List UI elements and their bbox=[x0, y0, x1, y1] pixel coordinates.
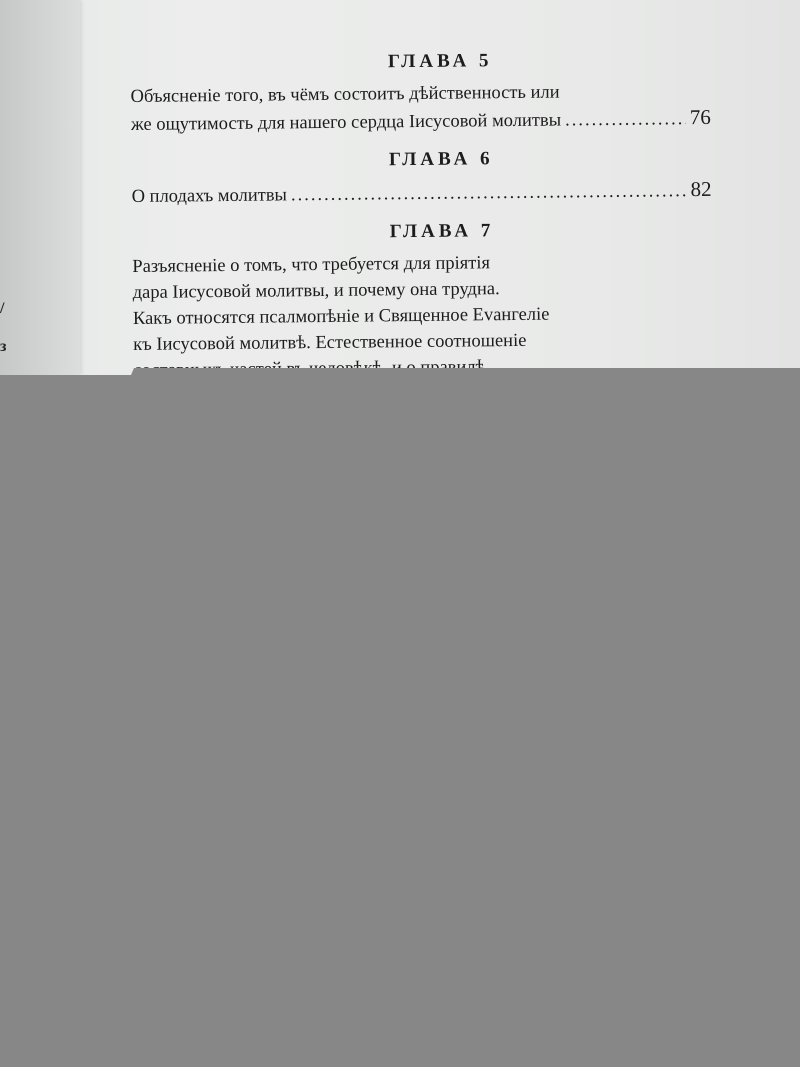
chapter-heading-7: ГЛАВА 7 bbox=[132, 218, 712, 246]
toc-entry-line: О плодахъ молитвы 82 bbox=[131, 176, 711, 210]
left-page-edge: / з bbox=[0, 0, 80, 375]
toc-entry: Объясненіе того, въ чёмъ состоитъ дѣйств… bbox=[130, 78, 711, 138]
toc-entry-text: О плодахъ молитвы bbox=[132, 182, 288, 210]
book-photo: / з ГЛАВА 5 Объясненіе того, въ чёмъ сос… bbox=[0, 0, 800, 382]
chapter-heading-5: ГЛАВА 5 bbox=[130, 48, 710, 76]
gray-cover-block bbox=[0, 375, 800, 1067]
toc-entry-text: Разъясненіе о томъ, что требуется для пр… bbox=[132, 250, 490, 280]
chapter-heading-6: ГЛАВА 6 bbox=[131, 146, 711, 174]
left-page-mark: / bbox=[0, 300, 4, 318]
leader-dots bbox=[291, 178, 687, 208]
toc-entry-text: дара Іисусовой молитвы, и почему она тру… bbox=[133, 276, 500, 306]
toc-entry: Разъясненіе о томъ, что требуется для пр… bbox=[132, 248, 714, 382]
toc-entry: О плодахъ молитвы 82 bbox=[131, 176, 711, 210]
toc-entry-text: Объясненіе того, въ чёмъ состоитъ дѣйств… bbox=[130, 80, 559, 110]
toc-entry-text: же ощутимость для нашего сердца Іисусово… bbox=[131, 107, 562, 138]
leader-dots bbox=[565, 106, 686, 133]
left-page-mark: з bbox=[0, 338, 6, 356]
toc-entry-text: къ Іисусовой молитвѣ. Естественное соотн… bbox=[133, 328, 526, 358]
page-number: 82 bbox=[690, 176, 711, 202]
table-of-contents: ГЛАВА 5 Объясненіе того, въ чёмъ состоит… bbox=[130, 34, 714, 382]
page-number: 76 bbox=[690, 104, 711, 130]
